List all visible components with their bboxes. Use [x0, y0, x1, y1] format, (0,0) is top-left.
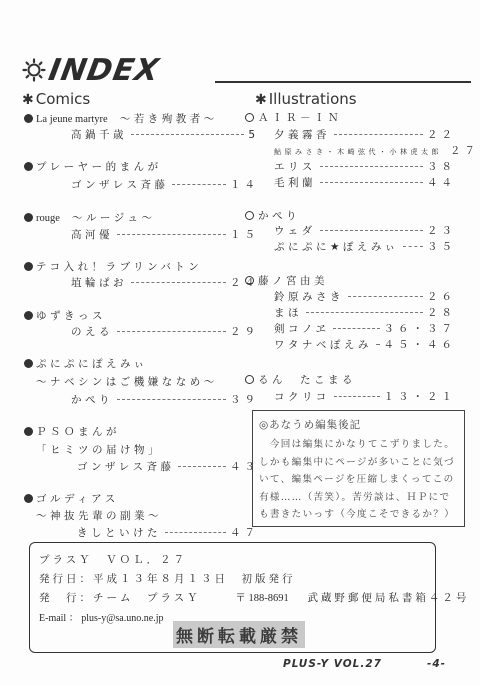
footer-volume: PLUS-Y VOL.27 — [283, 658, 382, 670]
illustration-item[interactable]: 毛利蘭４４ — [274, 175, 456, 190]
illustration-item[interactable]: エリス３８ — [274, 159, 456, 174]
leader-dots — [131, 134, 244, 135]
comic-entry-subtitle: 「ヒミツの届け物」 — [36, 442, 162, 457]
leader-dots — [178, 466, 226, 467]
author: のえる — [71, 324, 113, 339]
title-jp: ぷにぷにぽえみぃ — [36, 358, 148, 370]
author: ゴンザレス斉藤 — [77, 459, 174, 474]
leader-dots — [172, 184, 226, 185]
sun-icon — [22, 58, 46, 82]
comic-entry-author-line[interactable]: 高河優１５ — [71, 227, 259, 242]
colophon-postal-code: 〒 188-8691 — [235, 593, 288, 604]
circle-icon — [245, 276, 254, 285]
leader-dots — [320, 182, 423, 183]
title-jp: ～若き殉教者～ — [120, 113, 218, 125]
no-reprint-notice: 無断転載厳禁 — [173, 621, 305, 648]
colophon-publisher-line: 発 行：チーム プラスＹ 〒 188-8691 武蔵野郵便局私書箱４２号 — [39, 590, 435, 609]
comic-entry-author-line[interactable]: きしといけた４７ — [77, 525, 259, 540]
illustrations-heading-label: Illustrations — [269, 90, 357, 108]
leader-dots — [131, 282, 226, 283]
title-jp: テコ入れ！ラブリンバトン — [36, 261, 202, 273]
leader-dots — [376, 344, 380, 345]
page-number: 5 — [248, 129, 259, 141]
page-number: ３８ — [427, 159, 456, 174]
header-rule — [215, 81, 471, 83]
illustration-artist[interactable]: かぺり — [245, 208, 300, 223]
illustration-item[interactable]: 鮎原みさき・木崎弦代・小林虎太郎２７ — [274, 143, 456, 158]
bullet-icon — [24, 213, 33, 222]
item-name: ウェダ — [274, 223, 316, 238]
comic-entry-title[interactable]: rouge～ルージュ～ — [24, 210, 156, 225]
comic-entry-author-line[interactable]: のえる２９ — [71, 324, 259, 339]
bullet-icon — [24, 311, 33, 320]
afterword-box: ◎あなうめ編集後記 今回は編集にかなりてこずりました。しかも編集中にページが多い… — [252, 410, 465, 527]
page-number: １５ — [230, 227, 259, 242]
title-jp: ゴルディアス — [36, 493, 119, 505]
leader-dots — [117, 399, 226, 400]
bullet-icon — [24, 162, 33, 171]
title-latin: rouge — [36, 213, 60, 224]
comic-entry-author-line[interactable]: ゴンザレス斉藤１４ — [71, 177, 259, 192]
item-name: 夕義霧香 — [274, 127, 330, 142]
page-number: ３６・３７ — [384, 321, 457, 336]
page-number: １４ — [230, 177, 259, 192]
page-number: ４４ — [427, 175, 456, 190]
page-number: １３・２１ — [384, 389, 457, 404]
title-jp: ＰＳＯまんが — [36, 426, 120, 438]
illustration-item[interactable]: 鈴原みさき２６ — [274, 289, 456, 304]
title-jp: ～ルージュ～ — [72, 212, 156, 224]
colophon-date: 発行日：平成１３年８月１３日 初版発行 — [39, 571, 435, 590]
colophon-volume: プラスＹ ＶＯＬ．２７ — [39, 552, 435, 571]
page-number: ２２ — [427, 127, 456, 142]
artist-name: 藤ノ宮由美 — [258, 275, 328, 287]
comics-heading-label: Comics — [36, 90, 91, 108]
item-name: 鮎原みさき・木崎弦代・小林虎太郎 — [274, 147, 442, 157]
illustration-item[interactable]: まほ２８ — [274, 305, 456, 320]
illustration-item[interactable]: 剣コノヱ３６・３７ — [274, 321, 456, 336]
title-latin: La jeune martyre — [36, 114, 108, 125]
comic-entry-subtitle: ～神抜先輩の副業～ — [36, 508, 162, 523]
illustration-artist[interactable]: 藤ノ宮由美 — [245, 273, 328, 288]
artist-name: かぺり — [258, 210, 300, 222]
asterisk-icon: ✱ — [22, 92, 34, 108]
asterisk-icon: ✱ — [255, 92, 267, 108]
index-header: INDEX — [22, 55, 462, 87]
item-name: 剣コノヱ — [274, 321, 329, 336]
comic-entry-title[interactable]: ゆずきっス — [24, 308, 106, 323]
page-number: ２６ — [427, 289, 456, 304]
author: ゴンザレス斉藤 — [71, 177, 168, 192]
colophon-publisher: 発 行：チーム プラスＹ — [39, 592, 201, 604]
circle-icon — [245, 375, 254, 384]
page-number: ２９ — [230, 324, 259, 339]
page-number: ２７ — [450, 143, 479, 158]
comics-heading: ✱Comics — [22, 90, 90, 108]
illustration-item[interactable]: ワタナベぽえみ４５・４６ — [274, 337, 456, 352]
leader-dots — [403, 246, 423, 247]
comic-entry-title[interactable]: テコ入れ！ラブリンバトン — [24, 259, 202, 274]
bullet-icon — [24, 114, 33, 123]
colophon-address: 武蔵野郵便局私書箱４２号 — [307, 592, 469, 604]
afterword-title: ◎あなうめ編集後記 — [259, 417, 459, 432]
comic-entry-author-line[interactable]: かぺり３９ — [71, 392, 259, 407]
title-jp: ゆずきっス — [36, 310, 106, 322]
comic-entry-title[interactable]: ぷにぷにぽえみぃ — [24, 356, 148, 371]
leader-dots — [320, 230, 423, 231]
bullet-icon — [24, 494, 33, 503]
leader-dots — [117, 331, 226, 332]
author: 埴輪ぱお — [71, 275, 127, 290]
comic-entry-author-line[interactable]: 高鍋千歳5 — [71, 127, 259, 142]
illustration-item[interactable]: ウェダ２３ — [274, 223, 456, 238]
illustrations-heading: ✱Illustrations — [255, 90, 357, 108]
artist-name: ＡＩＲ－ＩＮ — [258, 112, 342, 124]
page-number: ３５ — [427, 239, 456, 254]
page-number: ２８ — [427, 305, 456, 320]
item-name: まほ — [274, 305, 302, 320]
author: 高河優 — [71, 227, 113, 242]
illustration-item[interactable]: 夕義霧香２２ — [274, 127, 456, 142]
comic-entry-author-line[interactable]: ゴンザレス斉藤４３ — [77, 459, 259, 474]
item-name: ぷにぷに★ぽえみぃ — [274, 239, 399, 254]
comic-entry-title[interactable]: プレーヤー的まんが — [24, 159, 162, 174]
circle-icon — [245, 113, 254, 122]
bullet-icon — [24, 262, 33, 271]
item-name: 毛利蘭 — [274, 175, 316, 190]
illustration-item[interactable]: ぷにぷに★ぽえみぃ３５ — [274, 239, 456, 254]
leader-dots — [306, 312, 423, 313]
page-number: ４５・４６ — [384, 337, 457, 352]
afterword-body: 今回は編集にかなりてこずりました。しかも編集中にページが多いことに気づいて、編集… — [259, 436, 459, 524]
colophon-box: プラスＹ ＶＯＬ．２７ 発行日：平成１３年８月１３日 初版発行 発 行：チーム … — [29, 542, 436, 653]
comic-entry-author-line[interactable]: 埴輪ぱお２４ — [71, 275, 259, 290]
bullet-icon — [24, 359, 33, 368]
item-name: コクリコ — [274, 389, 330, 404]
artist-name: るん たこまる — [258, 374, 356, 386]
illustration-artist[interactable]: ＡＩＲ－ＩＮ — [245, 110, 342, 125]
page-number: ２３ — [427, 223, 456, 238]
page-title: INDEX — [46, 55, 161, 87]
illustration-item[interactable]: コクリコ１３・２１ — [274, 389, 456, 404]
leader-dots — [334, 396, 380, 397]
leader-dots — [117, 234, 226, 235]
leader-dots — [334, 134, 423, 135]
author: かぺり — [71, 392, 113, 407]
page-number: ４７ — [230, 525, 259, 540]
item-name: 鈴原みさき — [274, 289, 344, 304]
leader-dots — [348, 296, 423, 297]
leader-dots — [165, 532, 226, 533]
author: きしといけた — [77, 525, 161, 540]
illustration-artist[interactable]: るん たこまる — [245, 372, 356, 387]
comic-entry-title[interactable]: ゴルディアス — [24, 491, 119, 506]
leader-dots — [320, 166, 423, 167]
item-name: エリス — [274, 159, 316, 174]
author: 高鍋千歳 — [71, 127, 127, 142]
circle-icon — [245, 211, 254, 220]
comic-entry-title[interactable]: La jeune martyre～若き殉教者～ — [24, 111, 218, 126]
comic-entry-subtitle: ～ナベシンはご機嫌ななめ～ — [36, 374, 218, 389]
item-name: ワタナベぽえみ — [274, 337, 372, 352]
title-jp: プレーヤー的まんが — [36, 161, 162, 173]
leader-dots — [333, 328, 379, 329]
footer-page-number: -4- — [427, 658, 446, 670]
page-number: ３９ — [230, 392, 259, 407]
bullet-icon — [24, 427, 33, 436]
comic-entry-title[interactable]: ＰＳＯまんが — [24, 424, 120, 439]
